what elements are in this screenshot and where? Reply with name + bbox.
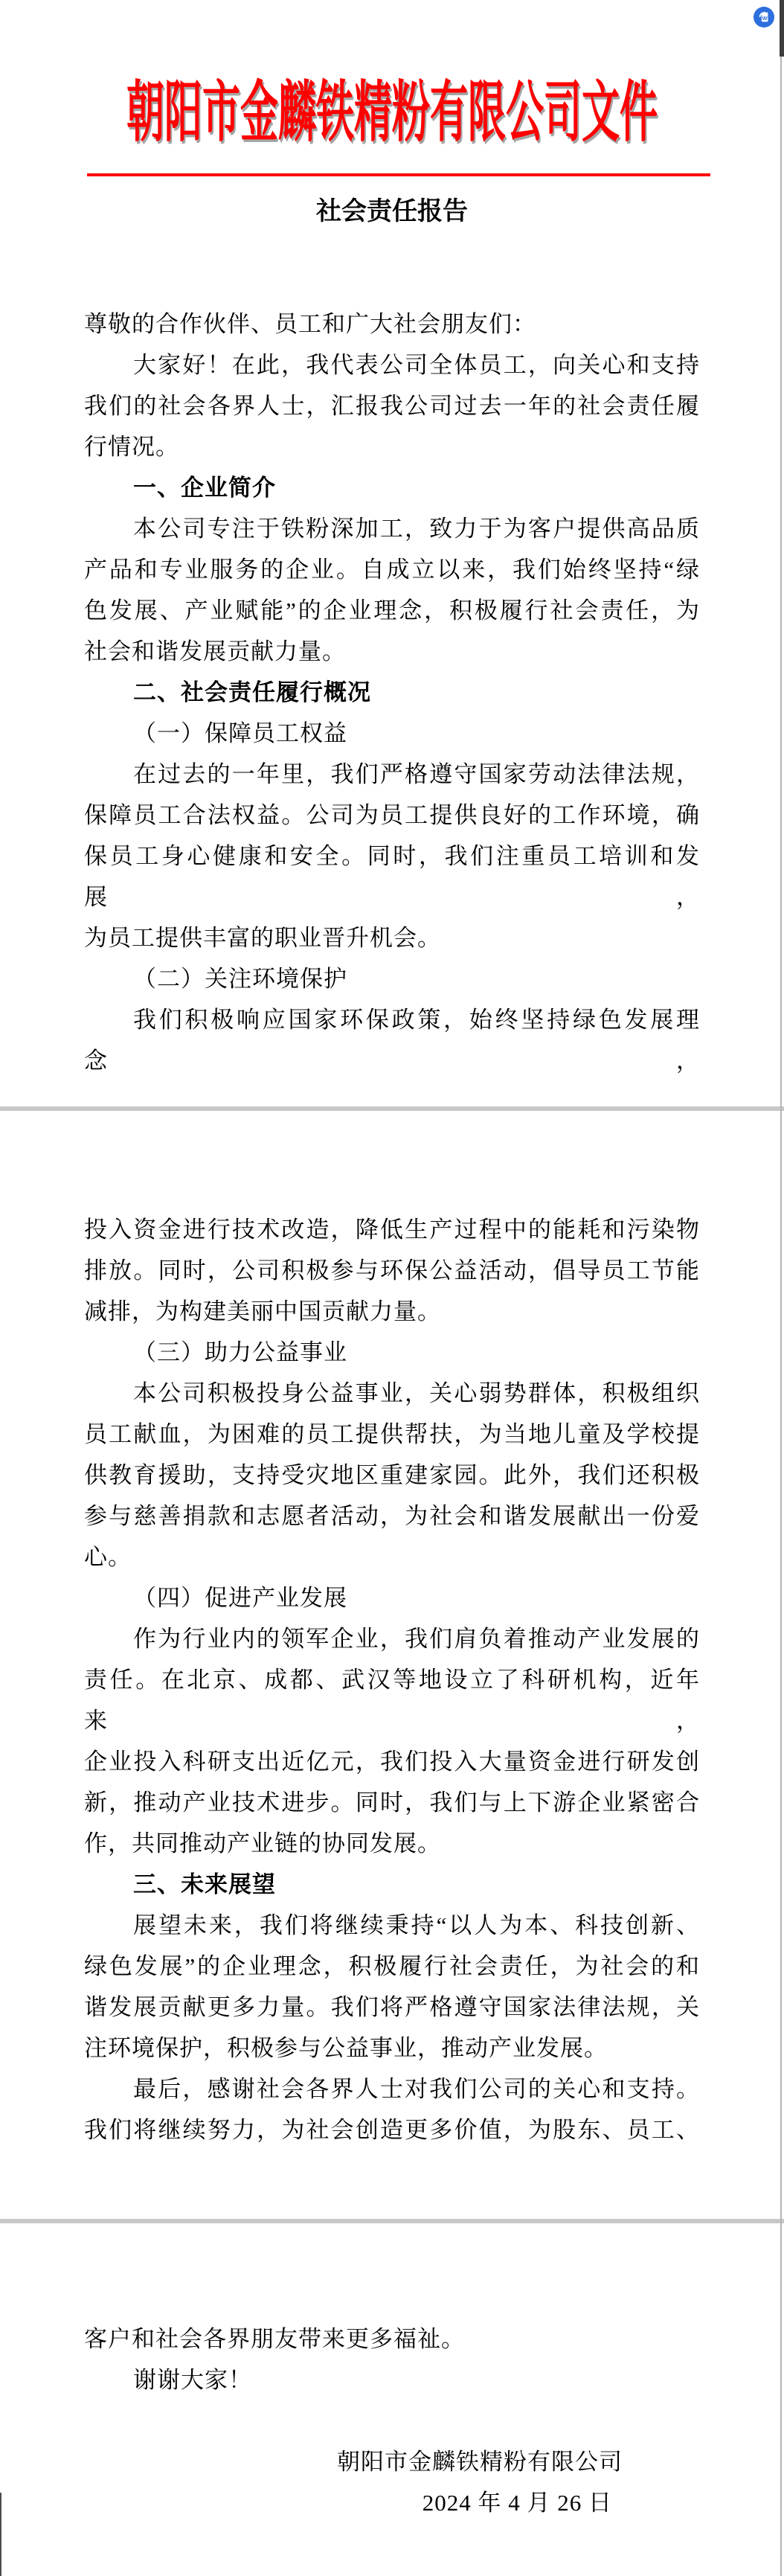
page-3-text-block: 客户和社会各界朋友带来更多福祉。谢谢大家！朝阳市金麟铁精粉有限公司2024 年 … bbox=[84, 2319, 700, 2523]
text-line: 客户和社会各界朋友带来更多福祉。 bbox=[84, 2319, 700, 2359]
text-line: 保员工身心健康和安全。同时，我们注重员工培训和发展， bbox=[84, 836, 700, 917]
signature-line: 2024 年 4 月 26 日 bbox=[84, 2482, 700, 2523]
text-line: 谐发展贡献更多力量。我们将严格遵守国家法律法规，关 bbox=[84, 1987, 700, 2028]
scrollbar-thumb[interactable] bbox=[780, 0, 784, 57]
document-viewer: 朝阳市金麟铁精粉有限公司文件 社会责任报告 尊敬的合作伙伴、员工和广大社会朋友们… bbox=[0, 0, 784, 2576]
text-line: 企业投入科研支出近亿元，我们投入大量资金进行研发创 bbox=[84, 1741, 700, 1782]
convert-to-word-icon-svg: W bbox=[754, 7, 774, 28]
text-line: 供教育援助，支持受灾地区重建家园。此外，我们还积极 bbox=[84, 1455, 700, 1496]
letterhead-title: 朝阳市金麟铁精粉有限公司文件 bbox=[0, 79, 784, 117]
text-line bbox=[84, 2400, 700, 2441]
text-line: 减排，为构建美丽中国贡献力量。 bbox=[84, 1291, 700, 1332]
section-heading: 一、企业简介 bbox=[84, 467, 700, 508]
text-line: 投入资金进行技术改造，降低生产过程中的能耗和污染物 bbox=[84, 1209, 700, 1250]
text-line: 产品和专业服务的企业。自成立以来，我们始终坚持“绿 bbox=[84, 549, 700, 590]
text-line: 本公司积极投身公益事业，关心弱势群体，积极组织 bbox=[84, 1373, 700, 1414]
text-line: 色发展、产业赋能”的企业理念，积极履行社会责任，为 bbox=[84, 590, 700, 631]
window-edge-line bbox=[0, 2493, 1, 2576]
text-line: 保障员工合法权益。公司为员工提供良好的工作环境，确 bbox=[84, 795, 700, 836]
text-line: （三）助力公益事业 bbox=[84, 1332, 700, 1373]
text-line: 行情况。 bbox=[84, 426, 700, 467]
text-line: 我们积极响应国家环保政策，始终坚持绿色发展理念， bbox=[84, 999, 700, 1081]
document-page-2: 投入资金进行技术改造，降低生产过程中的能耗和污染物排放。同时，公司积极参与环保公… bbox=[0, 1111, 784, 2219]
text-line: 参与慈善捐款和志愿者活动，为社会和谐发展献出一份爱 bbox=[84, 1496, 700, 1537]
text-line: 展望未来，我们将继续秉持“以人为本、科技创新、 bbox=[84, 1905, 700, 1946]
text-line: （二）关注环境保护 bbox=[84, 958, 700, 999]
document-page-3: 客户和社会各界朋友带来更多福祉。谢谢大家！朝阳市金麟铁精粉有限公司2024 年 … bbox=[0, 2223, 784, 2576]
page-1-text-block: 尊敬的合作伙伴、员工和广大社会朋友们：大家好！在此，我代表公司全体员工，向关心和… bbox=[84, 304, 700, 1081]
convert-to-word-icon[interactable]: W bbox=[754, 7, 774, 28]
text-line: 尊敬的合作伙伴、员工和广大社会朋友们： bbox=[84, 304, 700, 345]
text-line: 在过去的一年里，我们严格遵守国家劳动法律法规， bbox=[84, 754, 700, 795]
text-line: 责任。在北京、成都、武汉等地设立了科研机构，近年来， bbox=[84, 1659, 700, 1741]
page-2-text-block: 投入资金进行技术改造，降低生产过程中的能耗和污染物排放。同时，公司积极参与环保公… bbox=[84, 1209, 700, 2150]
text-line: （一）保障员工权益 bbox=[84, 713, 700, 754]
letterhead-rule bbox=[87, 173, 710, 176]
svg-text:W: W bbox=[762, 15, 768, 22]
text-line: 大家好！在此，我代表公司全体员工，向关心和支持 bbox=[84, 345, 700, 385]
text-line: 我们的社会各界人士，汇报我公司过去一年的社会责任履 bbox=[84, 385, 700, 426]
text-line: 新，推动产业技术进步。同时，我们与上下游企业紧密合 bbox=[84, 1782, 700, 1823]
text-line: 作为行业内的领军企业，我们肩负着推动产业发展的 bbox=[84, 1618, 700, 1659]
scrollbar-track[interactable] bbox=[780, 0, 782, 2576]
signature-line: 朝阳市金麟铁精粉有限公司 bbox=[84, 2441, 700, 2482]
text-line: 最后，感谢社会各界人士对我们公司的关心和支持。 bbox=[84, 2069, 700, 2109]
text-line: 排放。同时，公司积极参与环保公益活动，倡导员工节能 bbox=[84, 1250, 700, 1291]
document-page-1: 朝阳市金麟铁精粉有限公司文件 社会责任报告 尊敬的合作伙伴、员工和广大社会朋友们… bbox=[0, 0, 784, 1106]
text-line: 为员工提供丰富的职业晋升机会。 bbox=[84, 917, 700, 958]
section-heading: 三、未来展望 bbox=[84, 1864, 700, 1905]
text-line: 注环境保护，积极参与公益事业，推动产业发展。 bbox=[84, 2028, 700, 2069]
text-line: 社会和谐发展贡献力量。 bbox=[84, 631, 700, 672]
text-line: 员工献血，为困难的员工提供帮扶，为当地儿童及学校提 bbox=[84, 1414, 700, 1455]
section-heading: 二、社会责任履行概况 bbox=[84, 672, 700, 713]
letterhead-title-text: 朝阳市金麟铁精粉有限公司文件 bbox=[126, 79, 658, 145]
text-line: 绿色发展”的企业理念，积极履行社会责任，为社会的和 bbox=[84, 1946, 700, 1987]
text-line: 作，共同推动产业链的协同发展。 bbox=[84, 1823, 700, 1864]
text-line: （四）促进产业发展 bbox=[84, 1577, 700, 1618]
text-line: 我们将继续努力，为社会创造更多价值，为股东、员工、 bbox=[84, 2109, 700, 2150]
text-line: 谢谢大家！ bbox=[84, 2359, 700, 2400]
text-line: 心。 bbox=[84, 1537, 700, 1577]
document-title: 社会责任报告 bbox=[0, 197, 784, 227]
text-line: 本公司专注于铁粉深加工，致力于为客户提供高品质 bbox=[84, 508, 700, 549]
